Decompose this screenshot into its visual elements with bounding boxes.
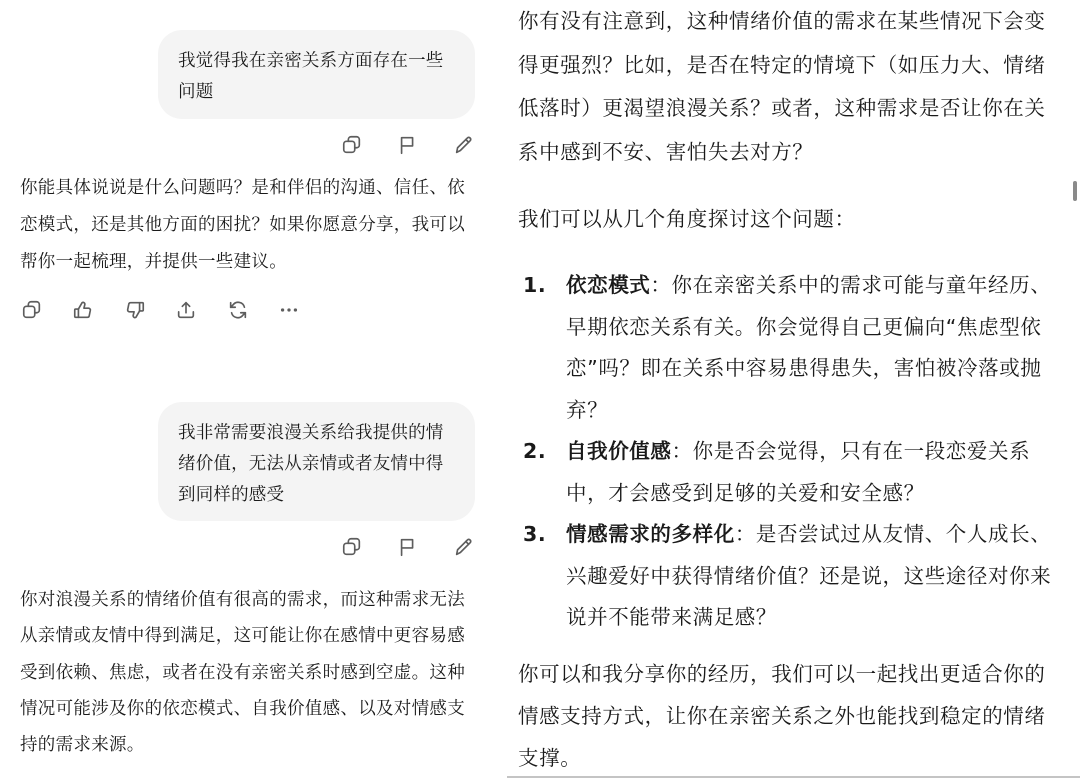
assistant-message-text: 你对浪漫关系的情绪价值有很高的需求，而这种需求无法从亲情或友情中得到满足，这可能… xyxy=(20,590,465,755)
list-item: 2. 自我价值感：你是否会觉得，只有在一段恋爱关系中，才会感受到足够的关爱和安全… xyxy=(518,431,1058,514)
list-item: 3. 情感需求的多样化：是否尝试过从友情、个人成长、兴趣爱好中获得情绪价值？还是… xyxy=(518,514,1058,639)
more-icon[interactable] xyxy=(275,296,303,324)
edit-icon[interactable] xyxy=(450,533,478,561)
copy-icon[interactable] xyxy=(338,131,366,159)
assistant-message-text: 你能具体说说是什么问题吗？是和伴侣的沟通、信任、依恋模式，还是其他方面的困扰？如… xyxy=(20,178,465,272)
copy-icon[interactable] xyxy=(18,296,46,324)
regenerate-icon[interactable] xyxy=(224,296,252,324)
user-message-bubble: 我觉得我在亲密关系方面存在一些问题 xyxy=(158,30,475,119)
user-message-text: 我觉得我在亲密关系方面存在一些问题 xyxy=(178,51,444,102)
user-message-actions xyxy=(338,130,478,160)
user-message-actions xyxy=(338,532,478,562)
chat-panel-left: 我觉得我在亲密关系方面存在一些问题 你能具体说说是什么问题吗？是和伴侣的沟通、信… xyxy=(0,0,493,782)
flag-icon[interactable] xyxy=(394,533,422,561)
list-item-title: 自我价值感 xyxy=(566,439,672,463)
edit-icon[interactable] xyxy=(450,131,478,159)
chat-panel-right: 你有没有注意到，这种情绪价值的需求在某些情况下会变得更强烈？比如，是否在特定的情… xyxy=(495,0,1080,782)
assistant-message: 你对浪漫关系的情绪价值有很高的需求，而这种需求无法从亲情或友情中得到满足，这可能… xyxy=(20,582,475,763)
list-number: 3. xyxy=(523,514,546,556)
scrollbar-thumb[interactable] xyxy=(1073,181,1077,201)
assistant-paragraph-intro: 你有没有注意到，这种情绪价值的需求在某些情况下会变得更强烈？比如，是否在特定的情… xyxy=(518,0,1058,174)
share-icon[interactable] xyxy=(172,296,200,324)
list-item-title: 依恋模式 xyxy=(566,273,650,297)
list-number: 1. xyxy=(523,265,546,307)
list-item: 1. 依恋模式：你在亲密关系中的需求可能与童年经历、早期依恋关系有关。你会觉得自… xyxy=(518,265,1058,431)
list-number: 2. xyxy=(523,431,546,473)
thumbs-down-icon[interactable] xyxy=(121,296,149,324)
assistant-paragraph-outro: 你可以和我分享你的经历，我们可以一起找出更适合你的情感支持方式，让你在亲密关系之… xyxy=(518,653,1058,779)
assistant-message: 你能具体说说是什么问题吗？是和伴侣的沟通、信任、依恋模式，还是其他方面的困扰？如… xyxy=(20,170,475,281)
assistant-message-actions xyxy=(18,295,303,325)
user-message-text: 我非常需要浪漫关系给我提供的情绪价值，无法从亲情或者友情中得到同样的感受 xyxy=(178,423,444,505)
flag-icon[interactable] xyxy=(394,131,422,159)
numbered-list: 1. 依恋模式：你在亲密关系中的需求可能与童年经历、早期依恋关系有关。你会觉得自… xyxy=(518,265,1058,639)
user-message-bubble: 我非常需要浪漫关系给我提供的情绪价值，无法从亲情或者友情中得到同样的感受 xyxy=(158,402,475,521)
copy-icon[interactable] xyxy=(338,533,366,561)
divider xyxy=(507,776,1080,778)
list-item-title: 情感需求的多样化 xyxy=(566,522,735,546)
thumbs-up-icon[interactable] xyxy=(69,296,97,324)
assistant-paragraph-lead: 我们可以从几个角度探讨这个问题： xyxy=(518,198,1058,242)
